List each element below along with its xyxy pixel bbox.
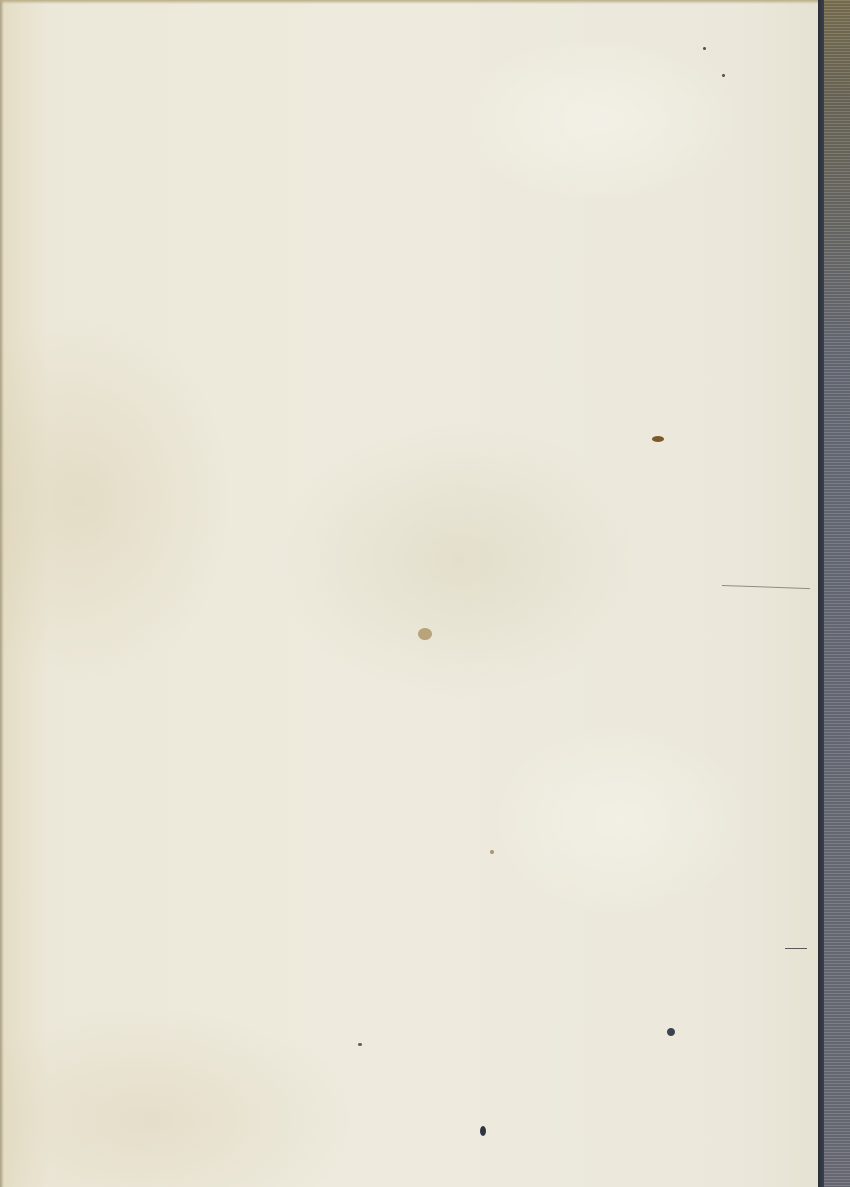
stain-spot	[703, 47, 706, 50]
cover-left-edge	[0, 0, 4, 1187]
stain-spot	[667, 1028, 675, 1036]
stain-spot	[418, 628, 432, 640]
stain-spot	[490, 850, 494, 854]
paper-crack	[785, 948, 807, 949]
stain-spot	[358, 1043, 362, 1046]
stain-spot	[652, 436, 664, 442]
scanned-book-cover	[0, 0, 850, 1187]
cover-paper	[0, 0, 818, 1187]
cover-top-edge	[0, 0, 818, 4]
stain-spot	[480, 1126, 486, 1136]
stain-spot	[722, 74, 725, 77]
spine-edge	[818, 0, 824, 1187]
